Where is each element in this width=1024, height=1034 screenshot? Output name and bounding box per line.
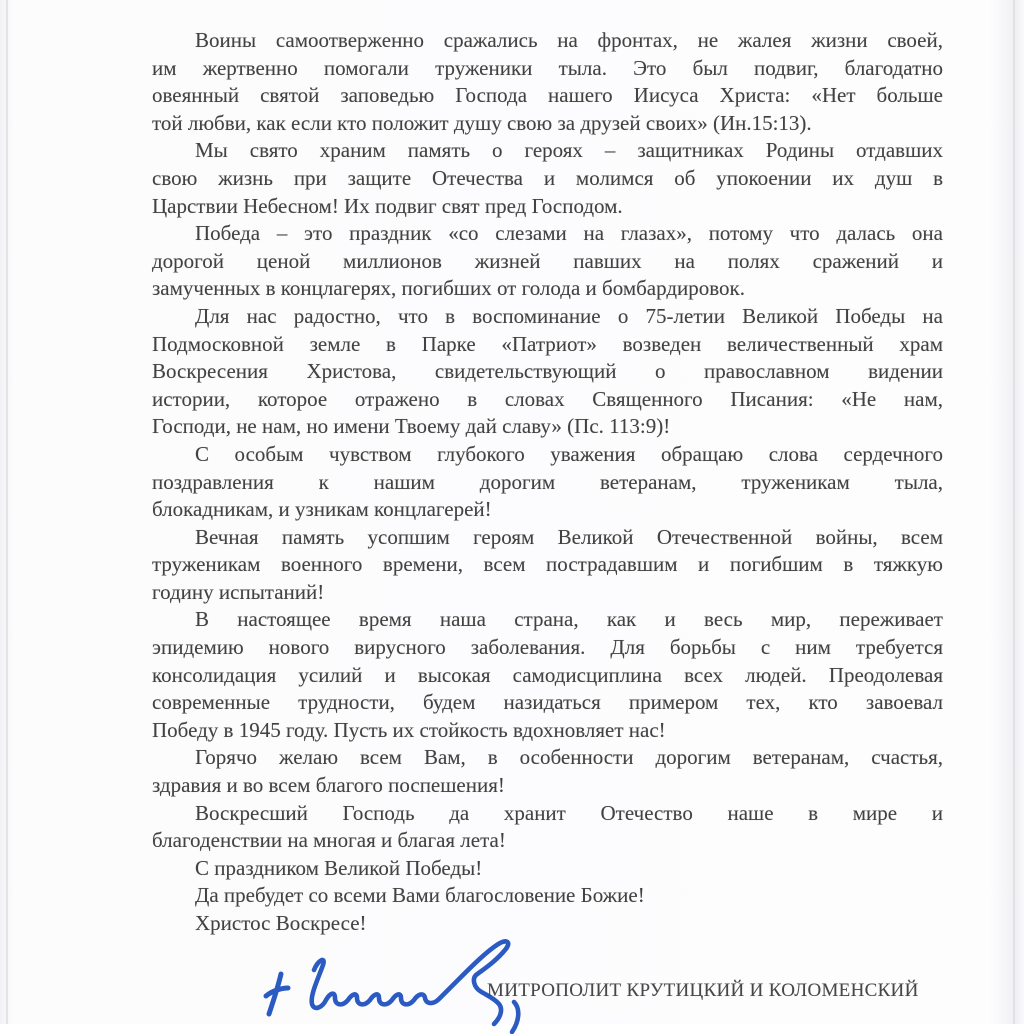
paragraph: Воины самоотверженно сражались на фронта… xyxy=(152,27,943,137)
text-line: Мы свято храним память о героях – защитн… xyxy=(152,137,943,165)
text-line: Господи, не нам, но имени Твоему дай сла… xyxy=(152,413,943,441)
text-line: замученных в концлагерях, погибших от го… xyxy=(152,275,943,303)
paragraph: Вечная память усопшим героям Великой Оте… xyxy=(152,524,943,607)
text-line: современные трудности, будем назидаться … xyxy=(152,689,943,717)
page-edge-left xyxy=(6,0,8,1024)
text-line: Царствии Небесном! Их подвиг свят пред Г… xyxy=(152,193,943,221)
text-line: им жертвенно помогали труженики тыла. Эт… xyxy=(152,55,943,83)
signatory-title: МИТРОПОЛИТ КРУТИЦКИЙ И КОЛОМЕНСКИЙ xyxy=(487,980,919,1002)
text-line: благоденствии на многая и благая лета! xyxy=(152,827,943,855)
page-edge-right xyxy=(1013,0,1015,1024)
signature-cross-stroke xyxy=(266,974,288,1014)
text-line: Христос Воскресе! xyxy=(152,910,943,938)
text-line: поздравления к нашим дорогим ветеранам, … xyxy=(152,469,943,497)
paragraph: Да пребудет со всеми Вами благословение … xyxy=(152,882,943,910)
paragraph: Воскресший Господь да хранит Отечество н… xyxy=(152,800,943,855)
text-line: Воины самоотверженно сражались на фронта… xyxy=(152,27,943,55)
signature-block: МИТРОПОЛИТ КРУТИЦКИЙ И КОЛОМЕНСКИЙ xyxy=(0,936,1024,1024)
text-line: дорогой ценой миллионов жизней павших на… xyxy=(152,248,943,276)
text-line: Победа – это праздник «со слезами на гла… xyxy=(152,220,943,248)
text-line: С праздником Великой Победы! xyxy=(152,855,943,883)
paragraph: С праздником Великой Победы! xyxy=(152,855,943,883)
signature-comma-stroke xyxy=(512,1002,518,1024)
text-line: здравия и во всем благого поспешения! xyxy=(152,772,943,800)
letter-body-text: Воины самоотверженно сражались на фронта… xyxy=(152,27,943,938)
paragraph: Победа – это праздник «со слезами на гла… xyxy=(152,220,943,303)
signature-scrawl-stroke xyxy=(312,941,508,1024)
paragraph: С особым чувством глубокого уважения обр… xyxy=(152,441,943,524)
paragraph: Христос Воскресе! xyxy=(152,910,943,938)
text-line: Воскресший Господь да хранит Отечество н… xyxy=(152,800,943,828)
paragraph: Горячо желаю всем Вам, в особенности дор… xyxy=(152,744,943,799)
paragraph: В настоящее время наша страна, как и вес… xyxy=(152,606,943,744)
text-line: В настоящее время наша страна, как и вес… xyxy=(152,606,943,634)
paragraph: Для нас радостно, что в воспоминание о 7… xyxy=(152,303,943,441)
text-line: Воскресения Христова, свидетельствующий … xyxy=(152,358,943,386)
text-line: труженикам военного времени, всем постра… xyxy=(152,551,943,579)
text-line: овеянный святой заповедью Господа нашего… xyxy=(152,82,943,110)
text-line: С особым чувством глубокого уважения обр… xyxy=(152,441,943,469)
text-line: той любви, как если кто положит душу сво… xyxy=(152,110,943,138)
text-line: годину испытаний! xyxy=(152,579,943,607)
text-line: Горячо желаю всем Вам, в особенности дор… xyxy=(152,744,943,772)
text-line: консолидация усилий и высокая самодисцип… xyxy=(152,662,943,690)
text-line: эпидемию нового вирусного заболевания. Д… xyxy=(152,634,943,662)
text-line: истории, которое отражено в словах Свяще… xyxy=(152,386,943,414)
text-line: блокадникам, и узникам концлагерей! xyxy=(152,496,943,524)
text-line: Вечная память усопшим героям Великой Оте… xyxy=(152,524,943,552)
text-line: Для нас радостно, что в воспоминание о 7… xyxy=(152,303,943,331)
paragraph: Мы свято храним память о героях – защитн… xyxy=(152,137,943,220)
text-line: Победу в 1945 году. Пусть их стойкость в… xyxy=(152,717,943,745)
text-line: Подмосковной земле в Парке «Патриот» воз… xyxy=(152,331,943,359)
scanned-letter-page: Воины самоотверженно сражались на фронта… xyxy=(0,0,1024,1024)
text-line: Да пребудет со всеми Вами благословение … xyxy=(152,882,943,910)
text-line: свою жизнь при защите Отечества и молимс… xyxy=(152,165,943,193)
